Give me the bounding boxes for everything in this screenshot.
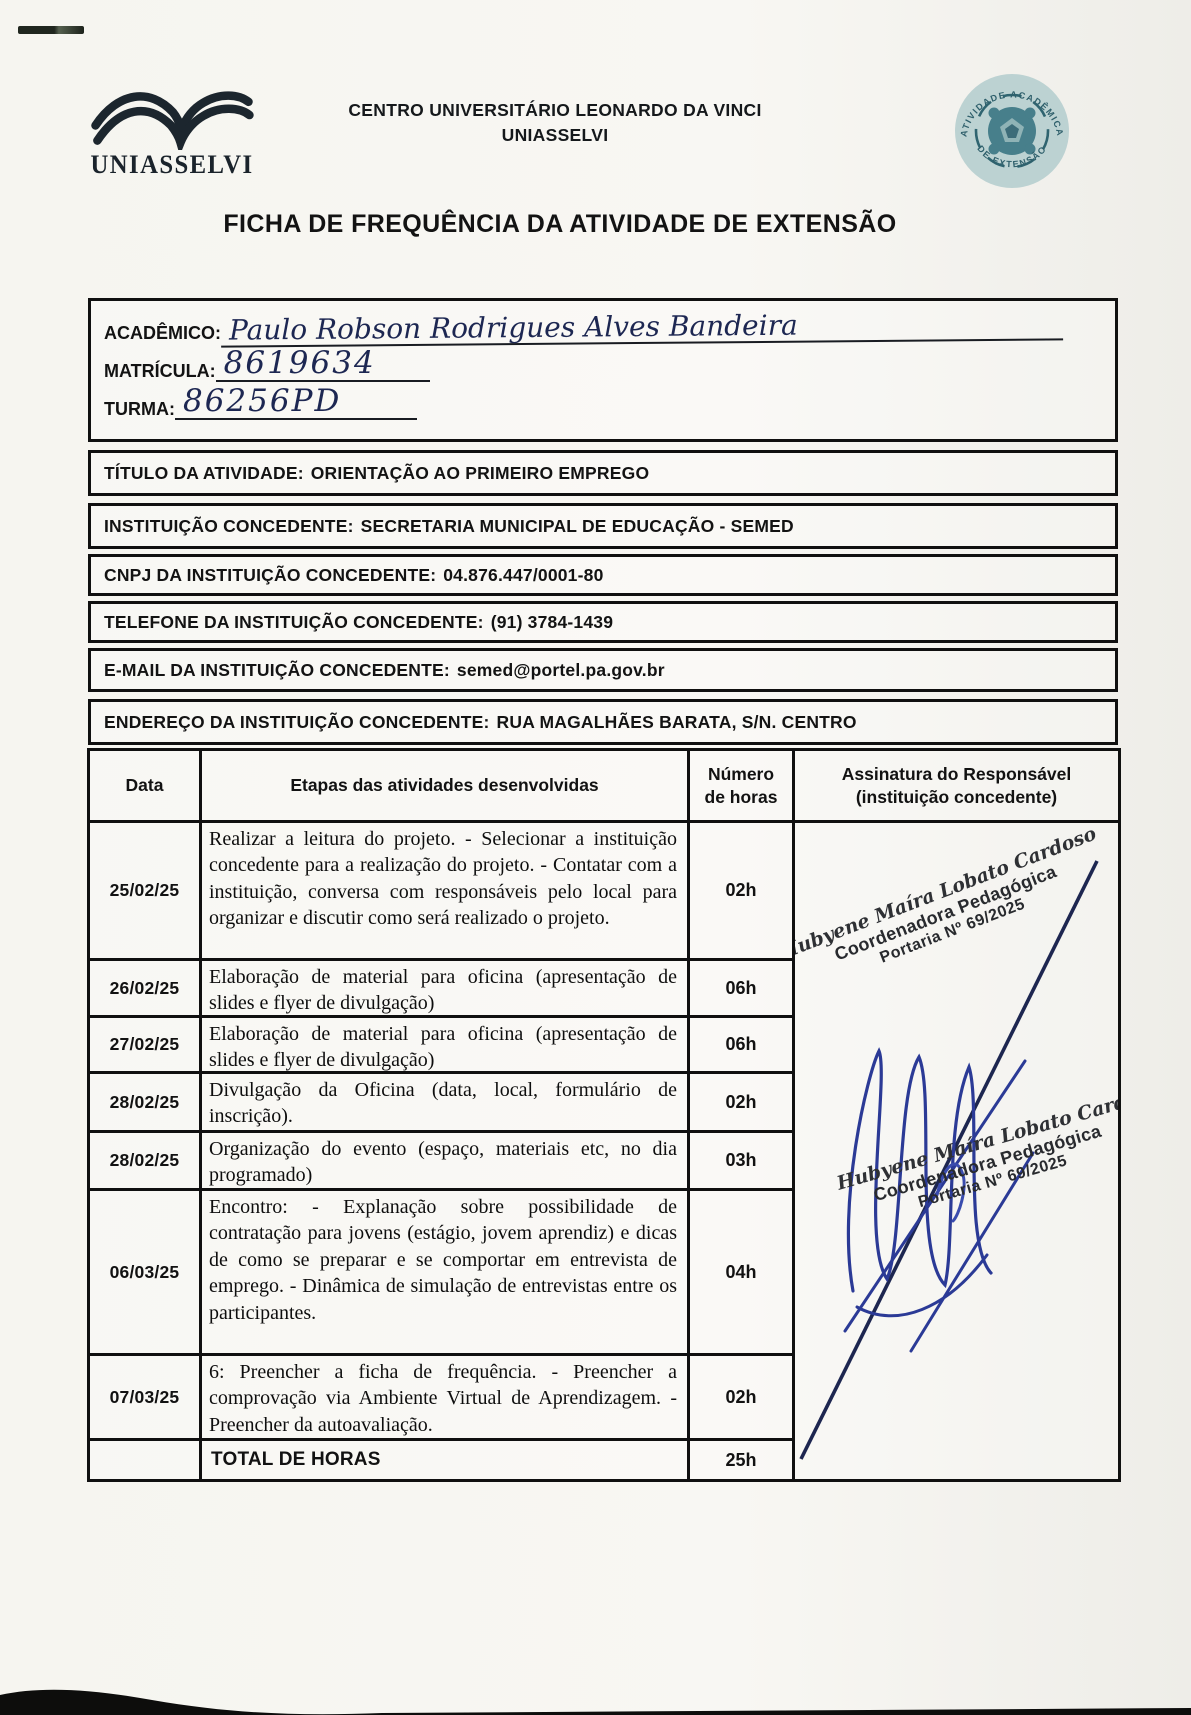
row-date: 27/02/25 <box>90 1018 202 1074</box>
matricula-handwritten-value: 8619634 <box>216 348 430 382</box>
row-date: 28/02/25 <box>90 1074 202 1133</box>
row-etapas: 6: Preencher a ficha de frequência. - Pr… <box>202 1356 690 1441</box>
row-date: 26/02/25 <box>90 961 202 1018</box>
uniasselvi-logo-icon <box>90 82 254 150</box>
email-label: E-MAIL DA INSTITUIÇÃO CONCEDENTE: <box>104 660 450 681</box>
row-horas: 04h <box>690 1191 795 1356</box>
total-label: TOTAL DE HORAS <box>202 1441 690 1479</box>
col-header-horas: Número de horas <box>690 751 795 823</box>
row-horas: 03h <box>690 1133 795 1191</box>
institution-name-line2: UNIASSELVI <box>250 125 860 146</box>
row-date: 28/02/25 <box>90 1133 202 1191</box>
row-etapas: Organização do evento (espaço, materiais… <box>202 1133 690 1191</box>
institution-name-line1: CENTRO UNIVERSITÁRIO LEONARDO DA VINCI <box>250 100 860 121</box>
row-date: 06/03/25 <box>90 1191 202 1356</box>
cnpj-value: 04.876.447/0001-80 <box>443 565 603 586</box>
row-etapas: Elaboração de material para oficina (apr… <box>202 961 690 1018</box>
total-value: 25h <box>690 1441 795 1479</box>
row-horas: 06h <box>690 1018 795 1074</box>
info-row-email: E-MAIL DA INSTITUIÇÃO CONCEDENTE: semed@… <box>88 648 1118 692</box>
matricula-label: MATRÍCULA: <box>104 361 216 382</box>
total-empty-cell <box>90 1441 202 1479</box>
row-etapas: Encontro: - Explanação sobre possibilida… <box>202 1191 690 1356</box>
info-row-titulo: TÍTULO DA ATIVIDADE: ORIENTAÇÃO AO PRIME… <box>88 450 1118 496</box>
academico-label: ACADÊMICO: <box>104 323 221 344</box>
academico-handwritten-value: Paulo Robson Rodrigues Alves Bandeira <box>221 309 1063 347</box>
row-etapas: Elaboração de material para oficina (apr… <box>202 1018 690 1074</box>
col-header-etapas: Etapas das atividades desenvolvidas <box>202 751 690 823</box>
turma-handwritten-value: 86256PD <box>175 386 417 420</box>
row-horas: 02h <box>690 1356 795 1441</box>
row-horas: 06h <box>690 961 795 1018</box>
bottom-scan-shadow <box>0 1675 1191 1715</box>
telefone-value: (91) 3784-1439 <box>491 612 613 633</box>
instituicao-value: SECRETARIA MUNICIPAL DE EDUCAÇÃO - SEMED <box>361 516 794 537</box>
row-date: 25/02/25 <box>90 823 202 961</box>
signature-cell: Hubyene Maíra Lobato Cardoso Coordenador… <box>795 823 1118 1479</box>
row-horas: 02h <box>690 1074 795 1133</box>
page-title: FICHA DE FREQUÊNCIA DA ATIVIDADE DE EXTE… <box>0 210 1120 239</box>
row-etapas: Realizar a leitura do projeto. - Selecio… <box>202 823 690 961</box>
endereco-label: ENDEREÇO DA INSTITUIÇÃO CONCEDENTE: <box>104 712 490 733</box>
activity-table: Data Etapas das atividades desenvolvidas… <box>87 748 1121 1482</box>
col-header-data: Data <box>90 751 202 823</box>
info-row-telefone: TELEFONE DA INSTITUIÇÃO CONCEDENTE: (91)… <box>88 601 1118 643</box>
info-row-instituicao: INSTITUIÇÃO CONCEDENTE: SECRETARIA MUNIC… <box>88 503 1118 549</box>
col-header-assinatura: Assinatura do Responsável (instituição c… <box>795 751 1118 823</box>
row-date: 07/03/25 <box>90 1356 202 1441</box>
titulo-value: ORIENTAÇÃO AO PRIMEIRO EMPREGO <box>311 463 650 484</box>
email-value: semed@portel.pa.gov.br <box>457 660 665 681</box>
scanned-document-page: UNIASSELVI CENTRO UNIVERSITÁRIO LEONARDO… <box>0 0 1191 1715</box>
info-row-endereco: ENDEREÇO DA INSTITUIÇÃO CONCEDENTE: RUA … <box>88 699 1118 745</box>
info-row-cnpj: CNPJ DA INSTITUIÇÃO CONCEDENTE: 04.876.4… <box>88 554 1118 596</box>
student-info-box: ACADÊMICO: Paulo Robson Rodrigues Alves … <box>88 298 1118 442</box>
instituicao-label: INSTITUIÇÃO CONCEDENTE: <box>104 516 354 537</box>
telefone-label: TELEFONE DA INSTITUIÇÃO CONCEDENTE: <box>104 612 484 633</box>
row-etapas: Divulgação da Oficina (data, local, form… <box>202 1074 690 1133</box>
endereco-value: RUA MAGALHÃES BARATA, S/N. CENTRO <box>497 712 857 733</box>
extension-seal-icon: ATIVIDADE ACADÊMICA DE EXTENSÃO <box>950 68 1074 192</box>
row-horas: 02h <box>690 823 795 961</box>
uniasselvi-logo-word: UNIASSELVI <box>90 150 253 180</box>
scan-artifact-mark <box>18 26 84 34</box>
titulo-label: TÍTULO DA ATIVIDADE: <box>104 463 304 484</box>
turma-label: TURMA: <box>104 399 175 420</box>
cnpj-label: CNPJ DA INSTITUIÇÃO CONCEDENTE: <box>104 565 436 586</box>
